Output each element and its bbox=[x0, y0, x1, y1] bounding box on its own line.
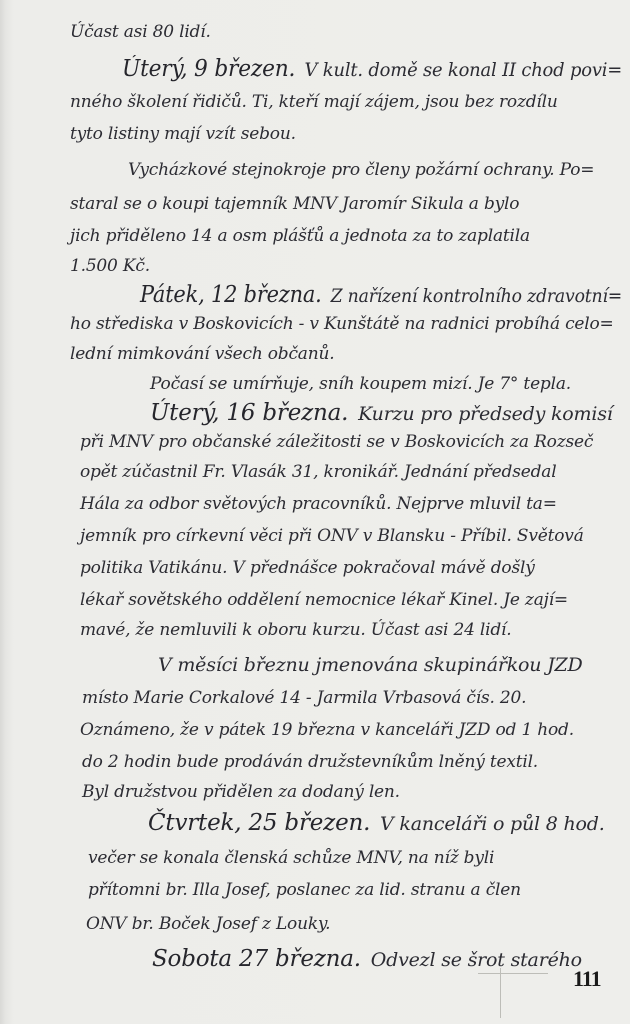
pencil-mark bbox=[478, 973, 548, 974]
text-line: Počasí se umírňuje, sníh koupem mizí. Je… bbox=[150, 374, 571, 394]
text-line: ONV br. Boček Josef z Louky. bbox=[86, 914, 330, 934]
date-heading: Čtvrtek, 25 březen. bbox=[148, 810, 370, 836]
dated-entry-line: Čtvrtek, 25 březen. V kanceláři o půl 8 … bbox=[148, 810, 605, 836]
text-line: nného školení řidičů. Ti, kteří mají záj… bbox=[70, 92, 558, 112]
line-text: Byl družstvou přidělen za dodaný len. bbox=[82, 782, 400, 802]
text-line: Byl družstvou přidělen za dodaný len. bbox=[82, 782, 400, 802]
text-line: lední mimkování všech občanů. bbox=[70, 344, 334, 364]
line-text: přítomni br. Illa Josef, poslanec za lid… bbox=[88, 880, 521, 900]
text-line: staral se o koupi tajemník MNV Jaromír S… bbox=[70, 194, 519, 214]
dated-entry-line: Úterý, 16 března. Kurzu pro předsedy kom… bbox=[150, 400, 613, 426]
text-line: místo Marie Corkalové 14 - Jarmila Vrbas… bbox=[82, 688, 526, 708]
text-line: ho střediska v Boskovicích - v Kunštátě … bbox=[70, 314, 614, 334]
text-line: večer se konala členská schůze MNV, na n… bbox=[88, 848, 494, 868]
line-text: při MNV pro občanské záležitosti se v Bo… bbox=[80, 432, 593, 452]
line-text: Vycházkové stejnokroje pro členy požární… bbox=[128, 160, 594, 180]
dated-entry-line: Pátek, 12 března. Z nařízení kontrolního… bbox=[140, 282, 622, 308]
date-heading: Úterý, 9 březen. bbox=[122, 56, 295, 82]
line-text: V kult. domě se konal II chod povi= bbox=[305, 59, 623, 81]
line-text: do 2 hodin bude prodáván družstevníkům l… bbox=[82, 752, 538, 772]
line-text: tyto listiny mají vzít sebou. bbox=[70, 124, 296, 144]
date-heading: Pátek, 12 března. bbox=[140, 282, 322, 308]
text-line: mavé, že nemluvili k oboru kurzu. Účast … bbox=[80, 620, 511, 640]
line-text: staral se o koupi tajemník MNV Jaromír S… bbox=[70, 194, 519, 214]
line-text: Oznámeno, že v pátek 19 března v kancelá… bbox=[80, 720, 574, 740]
line-text: mavé, že nemluvili k oboru kurzu. Účast … bbox=[80, 620, 511, 640]
line-text: politika Vatikánu. V přednášce pokračova… bbox=[80, 558, 535, 578]
line-text: jemník pro církevní věci při ONV v Blans… bbox=[80, 526, 584, 546]
line-text: Kurzu pro předsedy komisí bbox=[358, 403, 613, 425]
scanned-chronicle-page: Účast asi 80 lidí. Úterý, 9 březen. V ku… bbox=[0, 0, 630, 1024]
text-line: 1.500 Kč. bbox=[70, 256, 150, 276]
line-text: V měsíci březnu jmenována skupinářkou JZ… bbox=[158, 654, 583, 676]
text-line: při MNV pro občanské záležitosti se v Bo… bbox=[80, 432, 593, 452]
text-line: přítomni br. Illa Josef, poslanec za lid… bbox=[88, 880, 521, 900]
line-text: V kanceláři o půl 8 hod. bbox=[380, 813, 605, 835]
date-heading: Sobota 27 března. bbox=[152, 946, 361, 972]
text-line: do 2 hodin bude prodáván družstevníkům l… bbox=[82, 752, 538, 772]
dated-entry-line: Úterý, 9 březen. V kult. domě se konal I… bbox=[122, 56, 622, 82]
text-line: jich přiděleno 14 a osm plášťů a jednota… bbox=[70, 226, 530, 246]
pencil-mark bbox=[500, 968, 501, 1018]
text-line: lékař sovětského oddělení nemocnice léka… bbox=[80, 590, 568, 610]
line-text: Účast asi 80 lidí. bbox=[70, 22, 211, 42]
line-text: opět zúčastnil Fr. Vlasák 31, kronikář. … bbox=[80, 462, 556, 482]
line-text: lední mimkování všech občanů. bbox=[70, 344, 334, 364]
text-line: opět zúčastnil Fr. Vlasák 31, kronikář. … bbox=[80, 462, 556, 482]
line-text: večer se konala členská schůze MNV, na n… bbox=[88, 848, 494, 868]
text-line: politika Vatikánu. V přednášce pokračova… bbox=[80, 558, 535, 578]
line-text: ho střediska v Boskovicích - v Kunštátě … bbox=[70, 314, 614, 334]
line-text: Odvezl se šrot starého bbox=[371, 949, 582, 971]
page-number: 111 bbox=[573, 966, 601, 992]
text-line: Oznámeno, že v pátek 19 března v kancelá… bbox=[80, 720, 574, 740]
text-line: tyto listiny mají vzít sebou. bbox=[70, 124, 296, 144]
text-line: V měsíci březnu jmenována skupinářkou JZ… bbox=[158, 654, 583, 676]
date-heading: Úterý, 16 března. bbox=[150, 400, 348, 426]
dated-entry-line: Sobota 27 března. Odvezl se šrot starého bbox=[152, 946, 582, 972]
line-text: Počasí se umírňuje, sníh koupem mizí. Je… bbox=[150, 374, 571, 394]
line-text: Hála za odbor světových pracovníků. Nejp… bbox=[80, 494, 557, 514]
line-text: jich přiděleno 14 a osm plášťů a jednota… bbox=[70, 226, 530, 246]
line-text: místo Marie Corkalové 14 - Jarmila Vrbas… bbox=[82, 688, 526, 708]
text-line: jemník pro církevní věci při ONV v Blans… bbox=[80, 526, 584, 546]
line-text: ONV br. Boček Josef z Louky. bbox=[86, 914, 330, 934]
line-text: nného školení řidičů. Ti, kteří mají záj… bbox=[70, 92, 558, 112]
text-line: Účast asi 80 lidí. bbox=[70, 22, 211, 42]
line-text: 1.500 Kč. bbox=[70, 256, 150, 276]
text-line: Vycházkové stejnokroje pro členy požární… bbox=[128, 160, 594, 180]
text-line: Hála za odbor světových pracovníků. Nejp… bbox=[80, 494, 557, 514]
line-text: lékař sovětského oddělení nemocnice léka… bbox=[80, 590, 568, 610]
line-text: Z nařízení kontrolního zdravotní= bbox=[331, 285, 623, 307]
